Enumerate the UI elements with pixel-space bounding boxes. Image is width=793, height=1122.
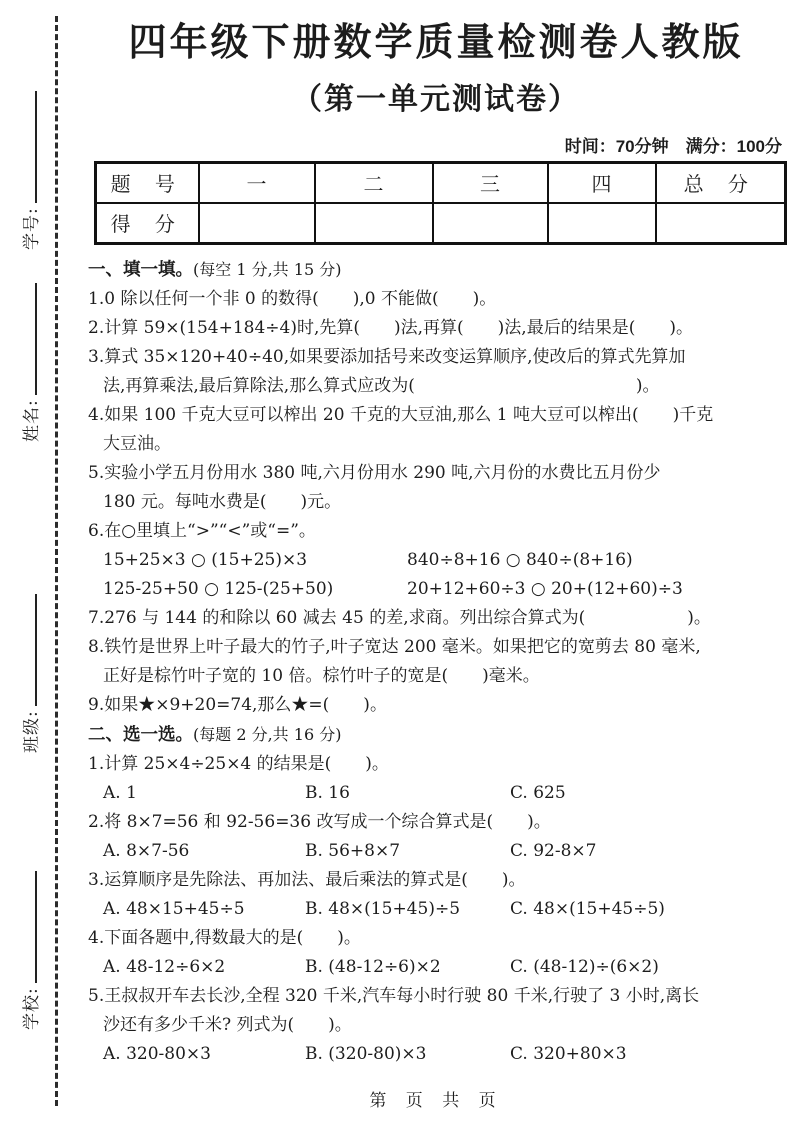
page-title: 四年级下册数学质量检测卷人教版: [88, 20, 784, 68]
student-class-field: 班级:: [17, 583, 39, 753]
option-a: A. 8×7-56: [103, 837, 305, 866]
compare-expression: 15+25×3 ○ (15+25)×3: [103, 546, 407, 575]
section2-points-note: (每题 2 分,共 16 分): [193, 725, 341, 744]
option-b: B. (48-12÷6)×2: [305, 953, 510, 982]
student-id-field: 学号:: [17, 80, 39, 250]
student-name-blank-line: [23, 283, 37, 395]
choice-question-4-options: A. 48-12÷6×2 B. (48-12÷6)×2 C. (48-12)÷(…: [88, 953, 784, 982]
exam-content: 四年级下册数学质量检测卷人教版 （第一单元测试卷） 时间：70分钟 满分：100…: [88, 20, 784, 1069]
student-name-label: 姓名:: [22, 399, 42, 442]
score-header-cell: 题 号: [96, 162, 199, 203]
compare-expression: 20+12+60÷3 ○ 20+(12+60)÷3: [407, 575, 784, 604]
choice-question-5-stem-line1: 5.王叔叔开车去长沙,全程 320 千米,汽车每小时行驶 80 千米,行驶了 3…: [88, 982, 784, 1011]
score-cell: [656, 203, 786, 244]
fill-question-7: 7.276 与 144 的和除以 60 减去 45 的差,求商。列出综合算式为(…: [88, 604, 784, 633]
option-c: C. 48×(15+45÷5): [510, 895, 784, 924]
fill-question-4-line1: 4.如果 100 千克大豆可以榨出 20 千克的大豆油,那么 1 吨大豆可以榨出…: [88, 401, 784, 430]
score-cell: [315, 203, 433, 244]
compare-expression: 840÷8+16 ○ 840÷(8+16): [407, 546, 784, 575]
student-class-blank-line: [23, 594, 37, 706]
fill-question-5-line2: 180 元。每吨水费是( )元。: [88, 488, 784, 517]
score-table-header-row: 题 号 一 二 三 四 总 分: [96, 162, 786, 203]
fill-question-6-stem: 6.在○里填上“>”“<”或“=”。: [88, 517, 784, 546]
choice-question-3-options: A. 48×15+45÷5 B. 48×(15+45)÷5 C. 48×(15+…: [88, 895, 784, 924]
fill-question-6-row2: 125-25+50 ○ 125-(25+50) 20+12+60÷3 ○ 20+…: [88, 575, 784, 604]
option-c: C. 320+80×3: [510, 1040, 784, 1069]
fill-question-3-line2: 法,再算乘法,最后算除法,那么算式应改为( )。: [88, 372, 784, 401]
student-name-field: 姓名:: [17, 272, 39, 442]
fill-question-4-line2: 大豆油。: [88, 430, 784, 459]
fill-question-6-row1: 15+25×3 ○ (15+25)×3 840÷8+16 ○ 840÷(8+16…: [88, 546, 784, 575]
fill-question-2: 2.计算 59×(154+184÷4)时,先算( )法,再算( )法,最后的结果…: [88, 314, 784, 343]
section1-title: 一、填一填。: [88, 260, 193, 280]
student-school-label: 学校:: [22, 987, 42, 1030]
fill-question-5-line1: 5.实验小学五月份用水 380 吨,六月份用水 290 吨,六月份的水费比五月份…: [88, 459, 784, 488]
exam-time-score-meta: 时间：70分钟 满分：100分: [88, 132, 784, 157]
page-footer: 第 页 共 页: [88, 1086, 784, 1111]
score-cell: [199, 203, 315, 244]
option-b: B. (320-80)×3: [305, 1040, 510, 1069]
option-c: C. 92-8×7: [510, 837, 784, 866]
section2-title: 二、选一选。: [88, 725, 193, 745]
cut-dashed-line: [55, 16, 58, 1106]
option-a: A. 320-80×3: [103, 1040, 305, 1069]
option-c: C. (48-12)÷(6×2): [510, 953, 784, 982]
score-table-score-row: 得 分: [96, 203, 786, 244]
option-a: A. 1: [103, 779, 305, 808]
fill-question-9: 9.如果★×9+20=74,那么★=( )。: [88, 691, 784, 720]
score-cell: [433, 203, 548, 244]
option-a: A. 48-12÷6×2: [103, 953, 305, 982]
fill-question-1: 1.0 除以任何一个非 0 的数得( ),0 不能做( )。: [88, 285, 784, 314]
exam-paper-page: 学号: 姓名: 班级: 学校: 四年级下册数学质量检测卷人教版 （第一单元测试卷…: [0, 0, 793, 1122]
student-id-label: 学号:: [22, 207, 42, 250]
option-c: C. 625: [510, 779, 784, 808]
score-header-cell: 二: [315, 162, 433, 203]
option-a: A. 48×15+45÷5: [103, 895, 305, 924]
choice-question-5-options: A. 320-80×3 B. (320-80)×3 C. 320+80×3: [88, 1040, 784, 1069]
choice-question-1-stem: 1.计算 25×4÷25×4 的结果是( )。: [88, 750, 784, 779]
score-header-cell: 总 分: [656, 162, 786, 203]
page-subtitle: （第一单元测试卷）: [88, 74, 784, 118]
questions-body: 一、填一填。(每空 1 分,共 15 分) 1.0 除以任何一个非 0 的数得(…: [88, 255, 784, 1069]
choice-question-5-stem-line2: 沙还有多少千米? 列式为( )。: [88, 1011, 784, 1040]
section2-heading: 二、选一选。(每题 2 分,共 16 分): [88, 720, 784, 750]
option-b: B. 48×(15+45)÷5: [305, 895, 510, 924]
option-b: B. 56+8×7: [305, 837, 510, 866]
choice-question-2-stem: 2.将 8×7=56 和 92-56=36 改写成一个综合算式是( )。: [88, 808, 784, 837]
score-table: 题 号 一 二 三 四 总 分 得 分: [94, 161, 787, 245]
score-header-cell: 四: [548, 162, 656, 203]
score-header-cell: 一: [199, 162, 315, 203]
student-school-field: 学校:: [17, 860, 39, 1030]
section1-heading: 一、填一填。(每空 1 分,共 15 分): [88, 255, 784, 285]
student-id-blank-line: [23, 91, 37, 203]
option-b: B. 16: [305, 779, 510, 808]
fill-question-8-line1: 8.铁竹是世界上叶子最大的竹子,叶子宽达 200 毫米。如果把它的宽剪去 80 …: [88, 633, 784, 662]
choice-question-4-stem: 4.下面各题中,得数最大的是( )。: [88, 924, 784, 953]
choice-question-2-options: A. 8×7-56 B. 56+8×7 C. 92-8×7: [88, 837, 784, 866]
student-class-label: 班级:: [22, 710, 42, 753]
score-header-cell: 三: [433, 162, 548, 203]
compare-expression: 125-25+50 ○ 125-(25+50): [103, 575, 407, 604]
fill-question-3-line1: 3.算式 35×120+40÷40,如果要添加括号来改变运算顺序,使改后的算式先…: [88, 343, 784, 372]
score-cell: [548, 203, 656, 244]
section1-points-note: (每空 1 分,共 15 分): [193, 260, 341, 279]
choice-question-3-stem: 3.运算顺序是先除法、再加法、最后乘法的算式是( )。: [88, 866, 784, 895]
score-row-label: 得 分: [96, 203, 199, 244]
choice-question-1-options: A. 1 B. 16 C. 625: [88, 779, 784, 808]
fill-question-8-line2: 正好是棕竹叶子宽的 10 倍。棕竹叶子的宽是( )毫米。: [88, 662, 784, 691]
student-school-blank-line: [23, 871, 37, 983]
